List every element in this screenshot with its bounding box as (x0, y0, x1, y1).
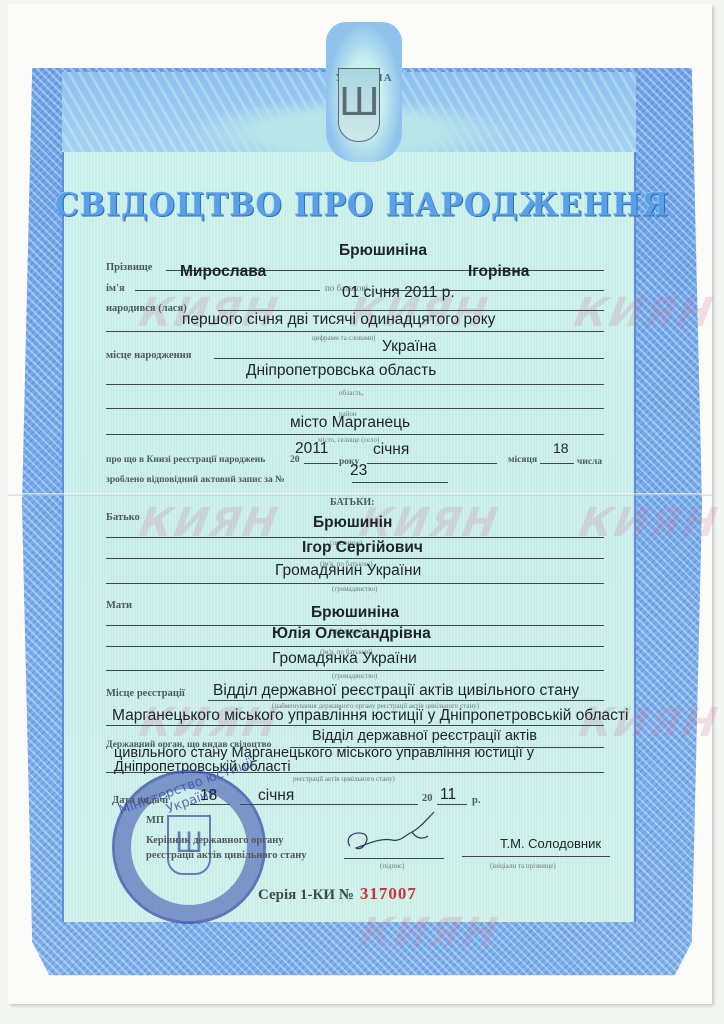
signature-line (344, 858, 444, 859)
registration-year: 2011 (295, 440, 328, 458)
reg-place-label: Місце реєстрації (106, 688, 185, 699)
issue-year-suffix: р. (472, 795, 480, 806)
child-name: Мирослава (180, 263, 266, 281)
city-line (106, 434, 604, 435)
record-number: 23 (350, 462, 367, 480)
month-label: місяця (508, 455, 537, 465)
watermark: КИЯН (136, 500, 283, 546)
year-line (304, 463, 338, 464)
birthplace-line (214, 358, 604, 359)
name-line (135, 290, 320, 291)
birth-date-caption: цифрами та словами) (312, 334, 376, 342)
citizenship-caption: (громадянство) (332, 672, 377, 680)
issue-month: січня (258, 787, 294, 805)
day-label: числа (577, 457, 602, 467)
birth-city: місто Марганець (290, 414, 410, 432)
reg-place-line-2 (106, 725, 604, 726)
month-line (367, 463, 497, 464)
father-citizenship: Громадянин України (275, 562, 421, 580)
father-name-line (106, 558, 604, 559)
day-line (540, 463, 574, 464)
reg-place-line1: Відділ державної реєстрації актів цивіль… (213, 682, 579, 700)
father-label: Батько (106, 512, 140, 523)
serial-label: Серія 1-КИ № (258, 887, 354, 903)
issue-day: 18 (200, 787, 217, 805)
mother-name: Юлія Олександрівна (272, 625, 431, 643)
book-label: про що в Книзі реєстрації народжень (106, 455, 265, 465)
stamp-label: МП (146, 815, 164, 826)
child-surname: Брюшиніна (339, 242, 427, 260)
issue-year-line (437, 804, 467, 805)
official-name: Т.М. Солодовник (500, 836, 601, 851)
father-citizenship-line (106, 583, 604, 584)
head-label-line2: реєстрації актів цивільного стану (146, 850, 307, 861)
issuer-caption: реєстрації актів цивільного стану) (293, 775, 395, 783)
born-line-2 (106, 331, 604, 332)
mother-citizenship-line (106, 670, 604, 671)
mother-citizenship: Громадянка України (272, 650, 417, 668)
paper-fold (8, 493, 712, 496)
mother-surname: Брюшиніна (311, 604, 399, 622)
born-label: народився (лася) (106, 303, 187, 314)
citizenship-caption: (громадянство) (332, 585, 377, 593)
mother-name-line (106, 646, 604, 647)
registration-day: 18 (553, 440, 569, 456)
birth-country: Україна (382, 338, 437, 356)
child-patronymic: Ігорівна (468, 263, 529, 281)
serial-number-block: Серія 1-КИ №317007 (258, 884, 417, 904)
official-seal: Міністерство юстиції України Ш (112, 770, 266, 924)
watermark: КИЯН (576, 500, 723, 546)
signature-caption: (підпис) (380, 862, 405, 870)
watermark: КИЯН (356, 910, 503, 956)
watermark: КИЯН (571, 290, 718, 336)
head-label-line1: Керівник державного органу (146, 835, 284, 846)
record-line (352, 482, 448, 483)
official-caption: (ініціали та прізвище) (490, 862, 556, 870)
document-title: СВІДОЦТВО ПРО НАРОДЖЕННЯ (0, 187, 724, 224)
region-line (106, 384, 604, 385)
reg-place-line2: Марганецького міського управління юстиці… (112, 707, 628, 725)
issue-year-prefix: 20 (422, 793, 433, 804)
issue-date-label: Дата видачі (112, 795, 168, 806)
serial-number: 317007 (360, 884, 417, 903)
issuer-line1: Відділ державної реєстрації актів (312, 728, 537, 744)
birth-date-digits: 01 січня 2011 р. (342, 284, 455, 302)
signature (342, 808, 442, 858)
registration-month: січня (373, 441, 409, 459)
district-line (106, 408, 604, 409)
issue-day-line (190, 804, 230, 805)
parents-title: БАТЬКИ: (330, 497, 374, 508)
birthplace-label: місце народження (106, 350, 191, 361)
surname-label: Прізвище (106, 262, 152, 273)
reg-place-line (208, 700, 604, 701)
father-surname-line (106, 537, 604, 538)
birth-date-words: першого січня дві тисячі одинадцятого ро… (182, 311, 495, 329)
trident-coat-of-arms-icon: Ш (338, 68, 380, 142)
official-name-line (462, 856, 610, 857)
record-label: зроблено відповідний актовий запис за № (106, 475, 285, 485)
father-name: Ігор Сергійович (302, 539, 423, 557)
issue-year: 11 (440, 786, 456, 804)
issue-month-line (240, 804, 418, 805)
region-caption: область, (339, 389, 364, 397)
mother-label: Мати (106, 600, 132, 611)
name-label: ім'я (106, 283, 125, 294)
birth-region: Дніпропетровська область (246, 362, 436, 380)
father-surname: Брюшинін (313, 514, 392, 532)
